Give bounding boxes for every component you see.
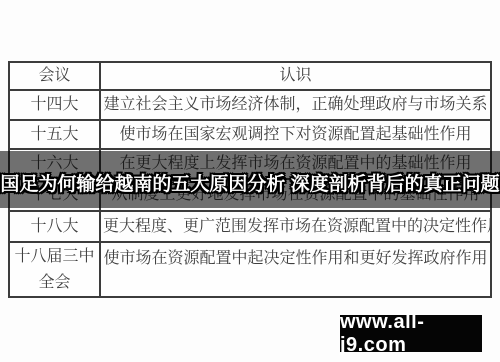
headline-banner: 国足为何输给越南的五大原因分析 深度剖析背后的真正问题 [0, 172, 500, 198]
content-cell: 更大程度、更广范围发挥市场在资源配置中的决定性作用 [100, 211, 491, 242]
meeting-cell: 十八届三中全会 [9, 242, 100, 297]
table-row: 十五大 使市场在国家宏观调控下对资源配置起基础性作用 [9, 120, 491, 149]
meeting-cell: 十五大 [9, 120, 100, 149]
content-cell: 使市场在国家宏观调控下对资源配置起基础性作用 [100, 120, 491, 149]
content-cell: 建立社会主义市场经济体制，正确处理政府与市场关系 [100, 90, 491, 120]
meeting-cell: 十四大 [9, 90, 100, 120]
thumbnail-image: 会议 认识 十四大 建立社会主义市场经济体制，正确处理政府与市场关系 十五大 使… [0, 0, 500, 362]
watermark-badge: www.all-j9.com [340, 315, 482, 352]
header-recognition: 认识 [100, 62, 491, 90]
table-row: 十四大 建立社会主义市场经济体制，正确处理政府与市场关系 [9, 90, 491, 120]
content-cell: 使市场在资源配置中起决定性作用和更好发挥政府作用 [100, 242, 491, 297]
header-meeting: 会议 [9, 62, 100, 90]
table-row: 十八届三中全会 使市场在资源配置中起决定性作用和更好发挥政府作用 [9, 242, 491, 297]
watermark-url: www.all-j9.com [340, 311, 482, 357]
meeting-cell: 十八大 [9, 211, 100, 242]
table-row: 十八大 更大程度、更广范围发挥市场在资源配置中的决定性作用 [9, 211, 491, 242]
table-header-row: 会议 认识 [9, 62, 491, 90]
